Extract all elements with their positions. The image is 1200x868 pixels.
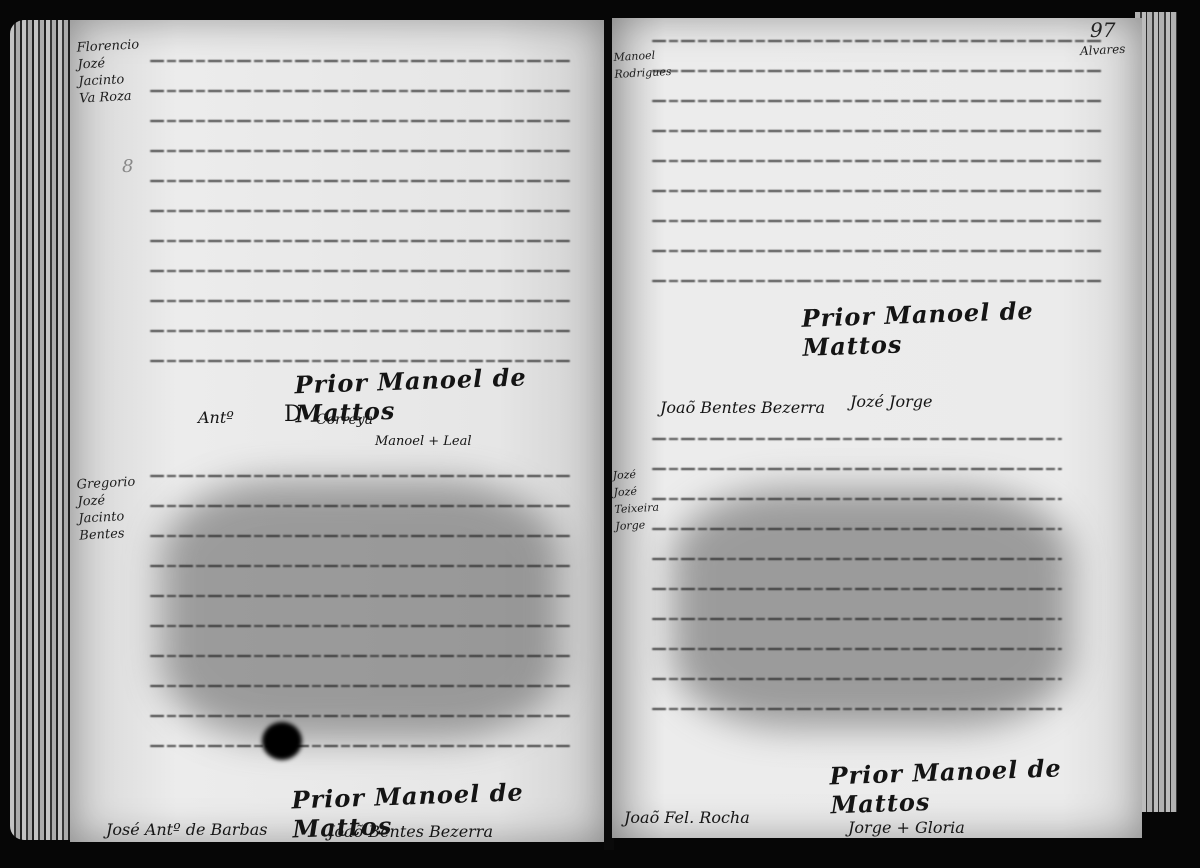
page-number: 97 [1090, 18, 1115, 42]
witness-correia: Correya [316, 412, 373, 428]
witness-antonio: Antº [198, 408, 234, 427]
margin-note-entry2: Jozé Jozé Teixeira Jorge [612, 465, 656, 535]
book-spine-edge-left [10, 20, 70, 840]
margin-note-entry1: Florencio Jozé Jacinto Va Roza [76, 36, 139, 107]
bottom-signature-2: Joaõ Bentes Bezerra [328, 822, 493, 841]
book-photograph: Florencio Jozé Jacinto Va Roza Gregorio … [0, 0, 1200, 868]
entry1-priest-signature: Prior Manoel de Mattos [801, 292, 1143, 362]
ink-blot [262, 722, 302, 760]
entry1-body-text [150, 60, 570, 390]
entry1-body-text [652, 40, 1102, 310]
right-page: 97 Alvares Manoel Rodrigues Jozé Jozé Te… [612, 18, 1142, 838]
bottom-signature-2: Jorge + Gloria [848, 818, 965, 837]
witness-1: Joaõ Bentes Bezerra [660, 398, 825, 417]
pencil-mark: 8 [122, 158, 133, 176]
entry2-body-text [150, 475, 570, 775]
entry2-body-text [652, 438, 1062, 738]
margin-note-entry2: Gregorio Jozé Jacinto Bentes [76, 473, 141, 544]
witness-2: Jozé Jorge [850, 392, 932, 411]
bottom-signature-1: Joaõ Fel. Rocha [624, 808, 750, 827]
margin-note-entry1: Manoel Rodrigues [613, 47, 651, 83]
left-page: Florencio Jozé Jacinto Va Roza Gregorio … [70, 20, 605, 842]
witness-other: Manoel + Leal [375, 434, 472, 449]
entry2-priest-signature: Prior Manoel de Mattos [829, 751, 1143, 820]
bottom-signature-1: José Antº de Barbas [106, 820, 267, 839]
witness-mark-symbol: D [284, 402, 302, 427]
